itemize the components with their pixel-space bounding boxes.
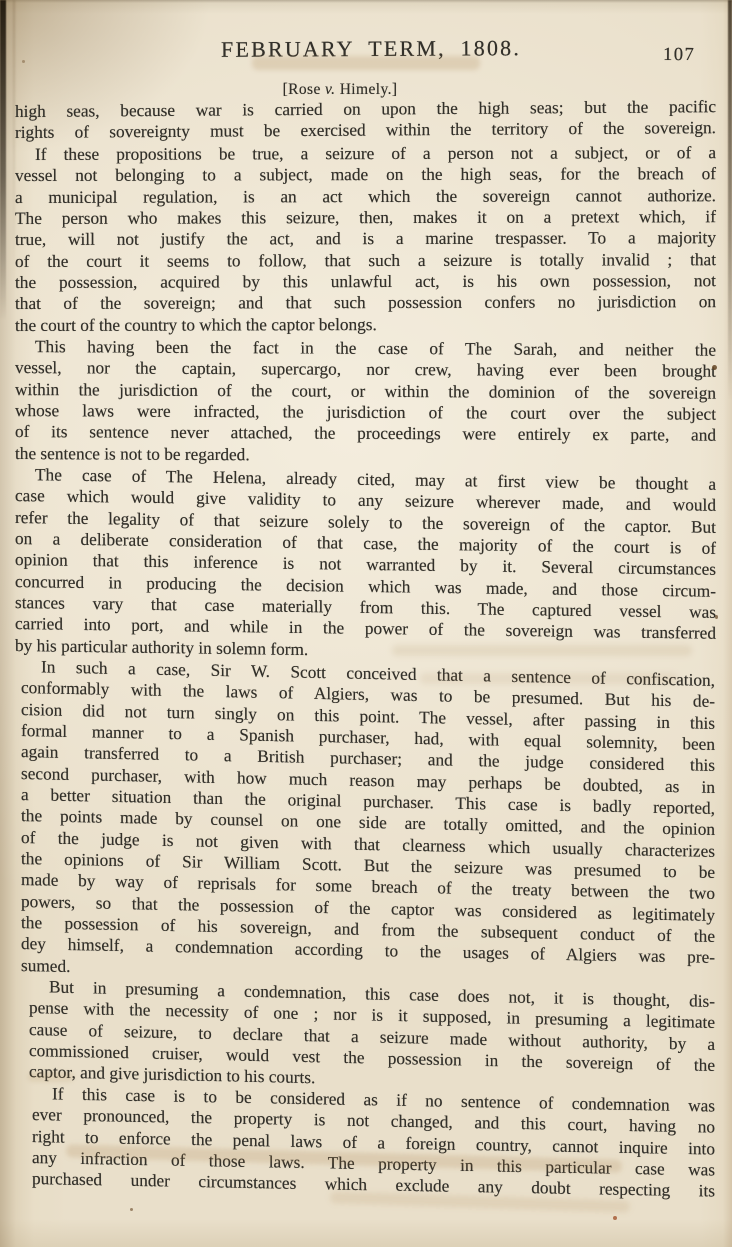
case-caption-close: Himely.]: [335, 81, 397, 98]
text-line: If these propositions be true, a seizure…: [15, 142, 716, 165]
paragraph: In such a case, Sir W. Scott conceived t…: [21, 656, 715, 990]
paragraph: The case of The Helena, already cited, m…: [15, 464, 716, 666]
text-line: the court of the country to which the ca…: [15, 313, 716, 336]
paper-speck: [130, 1208, 133, 1211]
paragraph: But in presuming a condemnation, this ca…: [29, 976, 715, 1098]
paragraph: If these propositions be true, a seizure…: [15, 142, 716, 336]
text-line: vessel, nor the captain, supercargo, nor…: [15, 357, 716, 382]
text-line: of its sentence never attached, the proc…: [15, 421, 716, 446]
right-edge-shadow: [728, 0, 732, 400]
paragraph: If this case is to be considered as if n…: [32, 1083, 715, 1202]
text-line: the possession, acquired by this unlawfu…: [15, 270, 716, 293]
paragraph: This having been the fact in the case of…: [15, 336, 716, 468]
text-line: vessel not belonging to a subject, made …: [15, 163, 716, 186]
left-binding-shadow: [0, 0, 6, 320]
scanned-book-page: FEBRUARY TERM, 1808. 107 [Rose v. Himely…: [0, 0, 732, 1247]
page-number: 107: [663, 45, 695, 66]
running-header-term: FEBRUARY TERM, 1808.: [221, 35, 521, 63]
text-line: of the court it seems to follow, that su…: [15, 249, 716, 272]
text-line: a municipal regulation, is an act which …: [15, 185, 716, 208]
opinion-body-text: high seas, because war is carried on upo…: [15, 101, 716, 1190]
text-line: true, will not justify the act, and is a…: [15, 227, 716, 250]
text-line: rights of sovereignty must be exercised …: [15, 117, 716, 143]
case-caption-versus: v.: [325, 81, 335, 98]
text-line: that of the sovereign; and that such pos…: [15, 291, 716, 314]
paragraph: high seas, because war is carried on upo…: [15, 96, 716, 144]
text-line: the sentence is not to be regarded.: [15, 443, 716, 468]
paper-speck: [613, 1216, 617, 1220]
paper-speck: [22, 60, 25, 63]
case-caption-open: [Rose: [283, 81, 325, 98]
text-line: The person who makes this seizure, then,…: [15, 206, 716, 229]
case-caption: [Rose v. Himely.]: [283, 81, 398, 99]
